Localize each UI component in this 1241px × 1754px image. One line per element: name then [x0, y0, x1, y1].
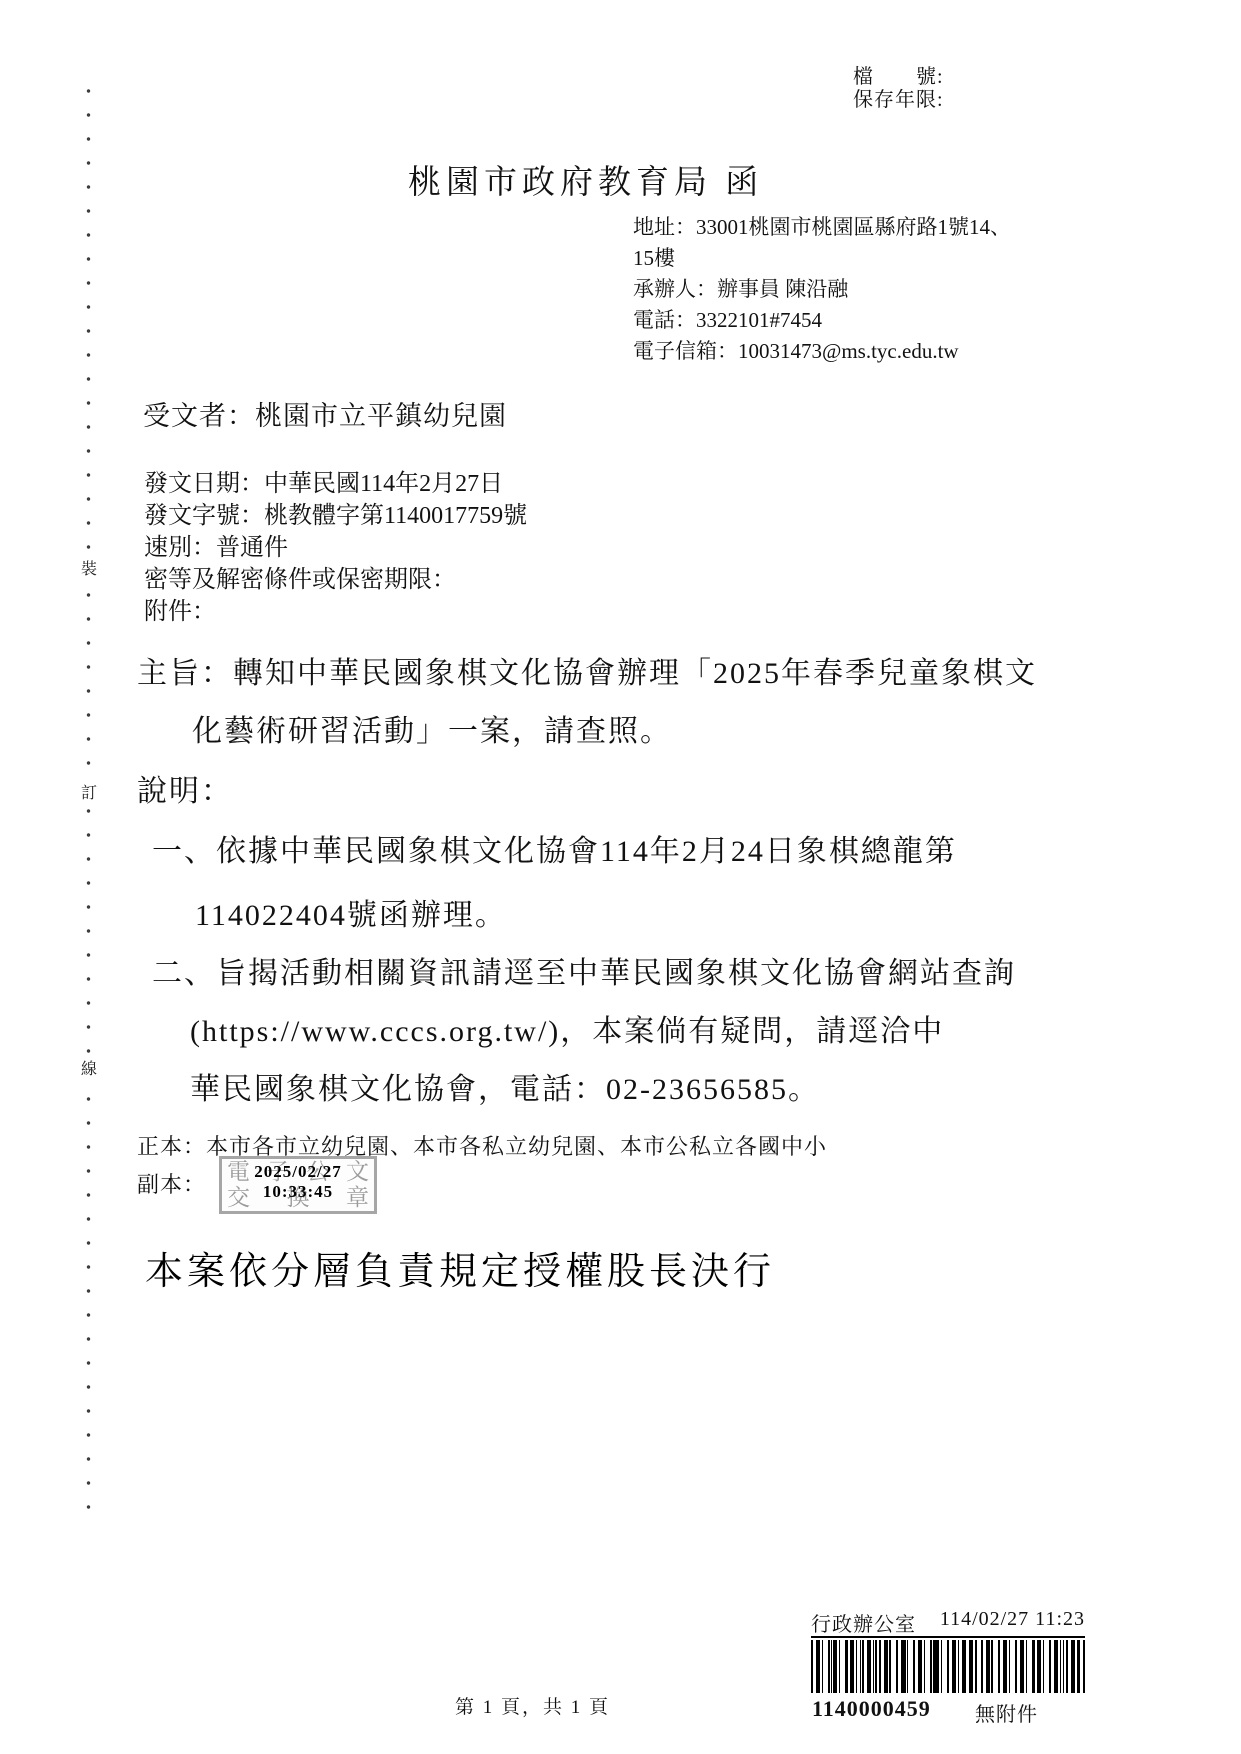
- sender-officer: 承辦人：辦事員 陳沿融: [633, 274, 1011, 305]
- file-number-label: 檔 號:: [853, 66, 944, 89]
- attachment-note: 無附件: [975, 1698, 1038, 1727]
- stamp-date: 2025/02/27: [222, 1162, 374, 1182]
- official-letter-page: 裝 訂 線 檔 號: 保存年限: 桃園市政府教育局 函 地址：33001桃園市桃…: [0, 0, 1241, 1754]
- binding-mark-xian: 線: [78, 1058, 100, 1082]
- stamp-datetime: 2025/02/27 10:33:45: [222, 1162, 374, 1202]
- retention-period-label: 保存年限:: [853, 89, 944, 112]
- sender-info-block: 地址：33001桃園市桃園區縣府路1號14、 15樓 承辦人：辦事員 陳沿融 電…: [633, 212, 1011, 367]
- sender-phone: 電話：3322101#7454: [633, 305, 1011, 336]
- subject-line1: 主旨：轉知中華民國象棋文化協會辦理「2025年春季兒童象棋文: [137, 648, 1037, 692]
- security-line: 密等及解密條件或保密期限：: [144, 564, 527, 596]
- footer-datetime: 114/02/27 11:23: [940, 1608, 1085, 1637]
- explanation-heading: 說明：: [137, 766, 233, 810]
- binding-mark-zhuang: 裝: [78, 558, 100, 582]
- binding-mark-ding: 訂: [78, 782, 100, 806]
- recipient-line: 受文者：桃園市立平鎮幼兒園: [143, 394, 507, 433]
- barcode-number: 1140000459: [812, 1696, 931, 1722]
- page-number-info: 第 1 頁，共 1 頁: [455, 1692, 610, 1719]
- explanation-item1-line2: 114022404號函辦理。: [195, 890, 507, 934]
- doc-number-line: 發文字號：桃教體字第1140017759號: [144, 500, 527, 532]
- sender-address-line1: 地址：33001桃園市桃園區縣府路1號14、: [633, 212, 1011, 243]
- subject-line2: 化藝術研習活動」一案，請查照。: [192, 706, 672, 750]
- attachment-line: 附件：: [144, 596, 527, 628]
- cc-copy-label: 副本：: [137, 1168, 206, 1199]
- explanation-item2-line2: (https://www.cccs.org.tw/)，本案倘有疑問，請逕洽中: [190, 1006, 944, 1050]
- issue-date-line: 發文日期：中華民國114年2月27日: [144, 468, 527, 500]
- office-name: 行政辦公室: [811, 1608, 916, 1637]
- sender-email: 電子信箱：10031473@ms.tyc.edu.tw: [633, 336, 1011, 367]
- document-barcode: [811, 1640, 1085, 1693]
- explanation-item1-line1: 一、依據中華民國象棋文化協會114年2月24日象棋總龍第: [152, 826, 957, 870]
- barcode-divider-line: [811, 1636, 1085, 1638]
- document-title: 桃園市政府教育局 函: [408, 156, 763, 203]
- stamp-time: 10:33:45: [222, 1182, 374, 1202]
- authorization-statement: 本案依分層負責規定授權股長決行: [145, 1240, 775, 1295]
- speed-line: 速別：普通件: [144, 532, 527, 564]
- sender-address-line2: 15樓: [633, 243, 1011, 274]
- explanation-item2-line1: 二、旨揭活動相關資訊請逕至中華民國象棋文化協會網站查詢: [152, 948, 1016, 992]
- archive-header: 檔 號: 保存年限:: [853, 66, 944, 112]
- electronic-exchange-stamp: 電子公文 交換章 2025/02/27 10:33:45: [219, 1156, 377, 1214]
- explanation-item2-line3: 華民國象棋文化協會，電話：02-23656585。: [190, 1064, 820, 1108]
- document-meta-block: 發文日期：中華民國114年2月27日 發文字號：桃教體字第1140017759號…: [144, 468, 527, 628]
- footer-office-row: 行政辦公室 114/02/27 11:23: [811, 1608, 1085, 1637]
